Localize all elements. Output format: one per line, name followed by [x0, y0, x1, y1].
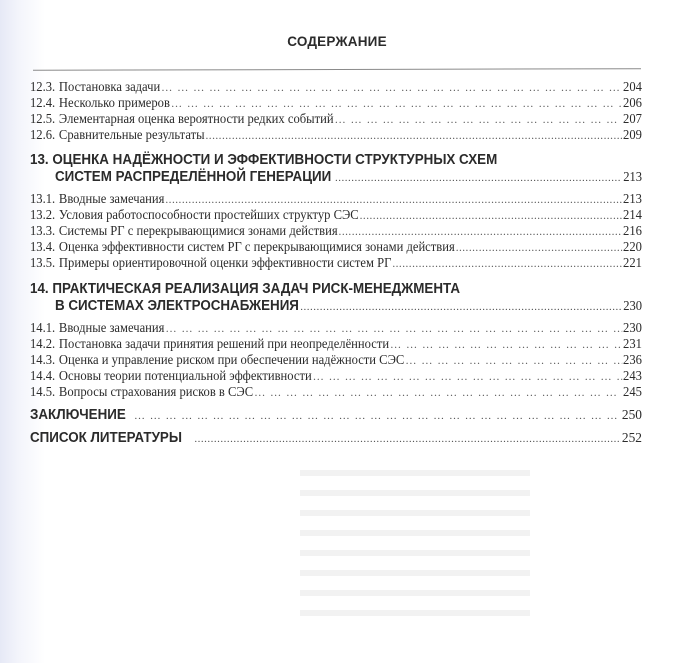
section-title: Несколько примеров: [59, 95, 170, 111]
section-number: 14.3.: [30, 352, 55, 368]
dot-leader: [171, 96, 622, 111]
section-title: Постановка задачи: [59, 79, 160, 95]
section-number: 13.3.: [30, 223, 55, 239]
section-title: Оценка эффективности систем РГ с перекры…: [59, 239, 455, 255]
toc-entry[interactable]: 14.5. Вопросы страхования рисков в СЭС 2…: [30, 384, 642, 401]
chapter-title-line2: В СИСТЕМАХ ЭЛЕКТРОСНАБЖЕНИЯ: [55, 298, 299, 314]
toc-entry[interactable]: 14.3. Оценка и управление риском при обе…: [30, 352, 642, 369]
section-number: 12.6.: [30, 127, 55, 143]
toc-entry[interactable]: 13.3. Системы РГ с перекрывающимися зона…: [30, 223, 642, 240]
dot-leader: [360, 208, 622, 223]
dot-leader: [456, 240, 622, 255]
page-number: 243: [623, 368, 642, 384]
page-number: 230: [623, 320, 642, 336]
section-number: 13.5.: [30, 255, 55, 271]
toc-page: СОДЕРЖАНИЕ 12.3. Постановка задачи 204 1…: [0, 0, 674, 663]
toc-entry[interactable]: 13.4. Оценка эффективности систем РГ с п…: [30, 239, 642, 256]
show-through-shadow: [300, 470, 530, 620]
toc-chapter-13[interactable]: 13. ОЦЕНКА НАДЁЖНОСТИ И ЭФФЕКТИВНОСТИ СТ…: [30, 152, 642, 185]
dot-leader: [339, 224, 623, 239]
toc-conclusion[interactable]: ЗАКЛЮЧЕНИЕ 250: [30, 407, 642, 423]
toc-entry[interactable]: 13.2. Условия работоспособности простейш…: [30, 207, 642, 224]
section-title: Сравнительные результаты: [59, 127, 205, 143]
page-number: 250: [622, 407, 642, 423]
section-number: 12.5.: [30, 111, 55, 127]
page-number: 252: [622, 430, 642, 446]
toc-chapter-14[interactable]: 14. ПРАКТИЧЕСКАЯ РЕАЛИЗАЦИЯ ЗАДАЧ РИСК-М…: [30, 281, 642, 314]
section-number: 13.4.: [30, 239, 55, 255]
page-number: 221: [623, 255, 642, 271]
dot-leader: [194, 433, 621, 445]
dot-leader: [165, 321, 622, 336]
page-number: 213: [623, 169, 642, 185]
section-title: Элементарная оценка вероятности редких с…: [59, 111, 334, 127]
section-title: Вводные замечания: [59, 191, 165, 207]
toc-entry[interactable]: 12.3. Постановка задачи 204: [30, 79, 642, 96]
section-title: Системы РГ с перекрывающимися зонами дей…: [59, 223, 338, 239]
page-number: 245: [623, 384, 642, 400]
section-number: 14.4.: [30, 368, 55, 384]
page-number: 209: [623, 127, 642, 143]
page-number: 230: [623, 298, 642, 314]
toc-entry[interactable]: 13.5. Примеры ориентировочной оценки эфф…: [30, 255, 642, 272]
dot-leader: [390, 337, 622, 352]
dot-leader: [161, 80, 622, 95]
section-number: 14.2.: [30, 336, 55, 352]
section-number: 12.3.: [30, 79, 55, 95]
dot-leader: [134, 410, 621, 422]
page-number: 207: [623, 111, 642, 127]
toc-entry[interactable]: 12.5. Элементарная оценка вероятности ре…: [30, 111, 642, 128]
section-title: Основы теории потенциальной эффективност…: [59, 368, 312, 384]
section-title: Вводные замечания: [59, 320, 165, 336]
section-title: Оценка и управление риском при обеспечен…: [59, 352, 404, 368]
dot-leader: [335, 172, 621, 184]
header-divider: [33, 68, 641, 71]
section-number: 13.2.: [30, 207, 55, 223]
toc-entry[interactable]: 12.6. Сравнительные результаты 209: [30, 127, 642, 144]
toc-entry[interactable]: 14.1. Вводные замечания 230: [30, 320, 642, 337]
toc-entry[interactable]: 13.1. Вводные замечания 213: [30, 191, 642, 208]
dot-leader: [392, 256, 622, 271]
page-number: 231: [623, 336, 642, 352]
page-number: 213: [623, 191, 642, 207]
page-number: 220: [623, 239, 642, 255]
dot-leader: [254, 385, 622, 400]
section-number: 14.5.: [30, 384, 55, 400]
page-number: 214: [623, 207, 642, 223]
toc-entry[interactable]: 12.4. Несколько примеров 206: [30, 95, 642, 112]
section-number: 13.1.: [30, 191, 55, 207]
chapter-title-line1: 13. ОЦЕНКА НАДЁЖНОСТИ И ЭФФЕКТИВНОСТИ СТ…: [30, 152, 599, 168]
dot-leader: [206, 128, 623, 143]
conclusion-title: ЗАКЛЮЧЕНИЕ: [30, 407, 126, 423]
dot-leader: [300, 301, 621, 313]
section-number: 14.1.: [30, 320, 55, 336]
section-title: Постановка задачи принятия решений при н…: [59, 336, 389, 352]
page-header-title: СОДЕРЖАНИЕ: [0, 34, 674, 49]
references-title: СПИСОК ЛИТЕРАТУРЫ: [30, 430, 182, 446]
chapter-title-line1: 14. ПРАКТИЧЕСКАЯ РЕАЛИЗАЦИЯ ЗАДАЧ РИСК-М…: [30, 281, 599, 297]
page-number: 206: [623, 95, 642, 111]
toc-entry[interactable]: 14.4. Основы теории потенциальной эффект…: [30, 368, 642, 385]
dot-leader: [165, 192, 622, 207]
section-title: Вопросы страхования рисков в СЭС: [59, 384, 253, 400]
toc-references[interactable]: СПИСОК ЛИТЕРАТУРЫ 252: [30, 430, 642, 446]
page-number: 216: [623, 223, 642, 239]
dot-leader: [405, 353, 622, 368]
section-title: Примеры ориентировочной оценки эффективн…: [59, 255, 391, 271]
section-title: Условия работоспособности простейших стр…: [59, 207, 359, 223]
dot-leader: [335, 112, 623, 127]
toc-entry[interactable]: 14.2. Постановка задачи принятия решений…: [30, 336, 642, 353]
page-number: 236: [623, 352, 642, 368]
chapter-title-line2: СИСТЕМ РАСПРЕДЕЛЁННОЙ ГЕНЕРАЦИИ: [55, 169, 331, 185]
page-number: 204: [623, 79, 642, 95]
section-number: 12.4.: [30, 95, 55, 111]
dot-leader: [313, 369, 622, 384]
